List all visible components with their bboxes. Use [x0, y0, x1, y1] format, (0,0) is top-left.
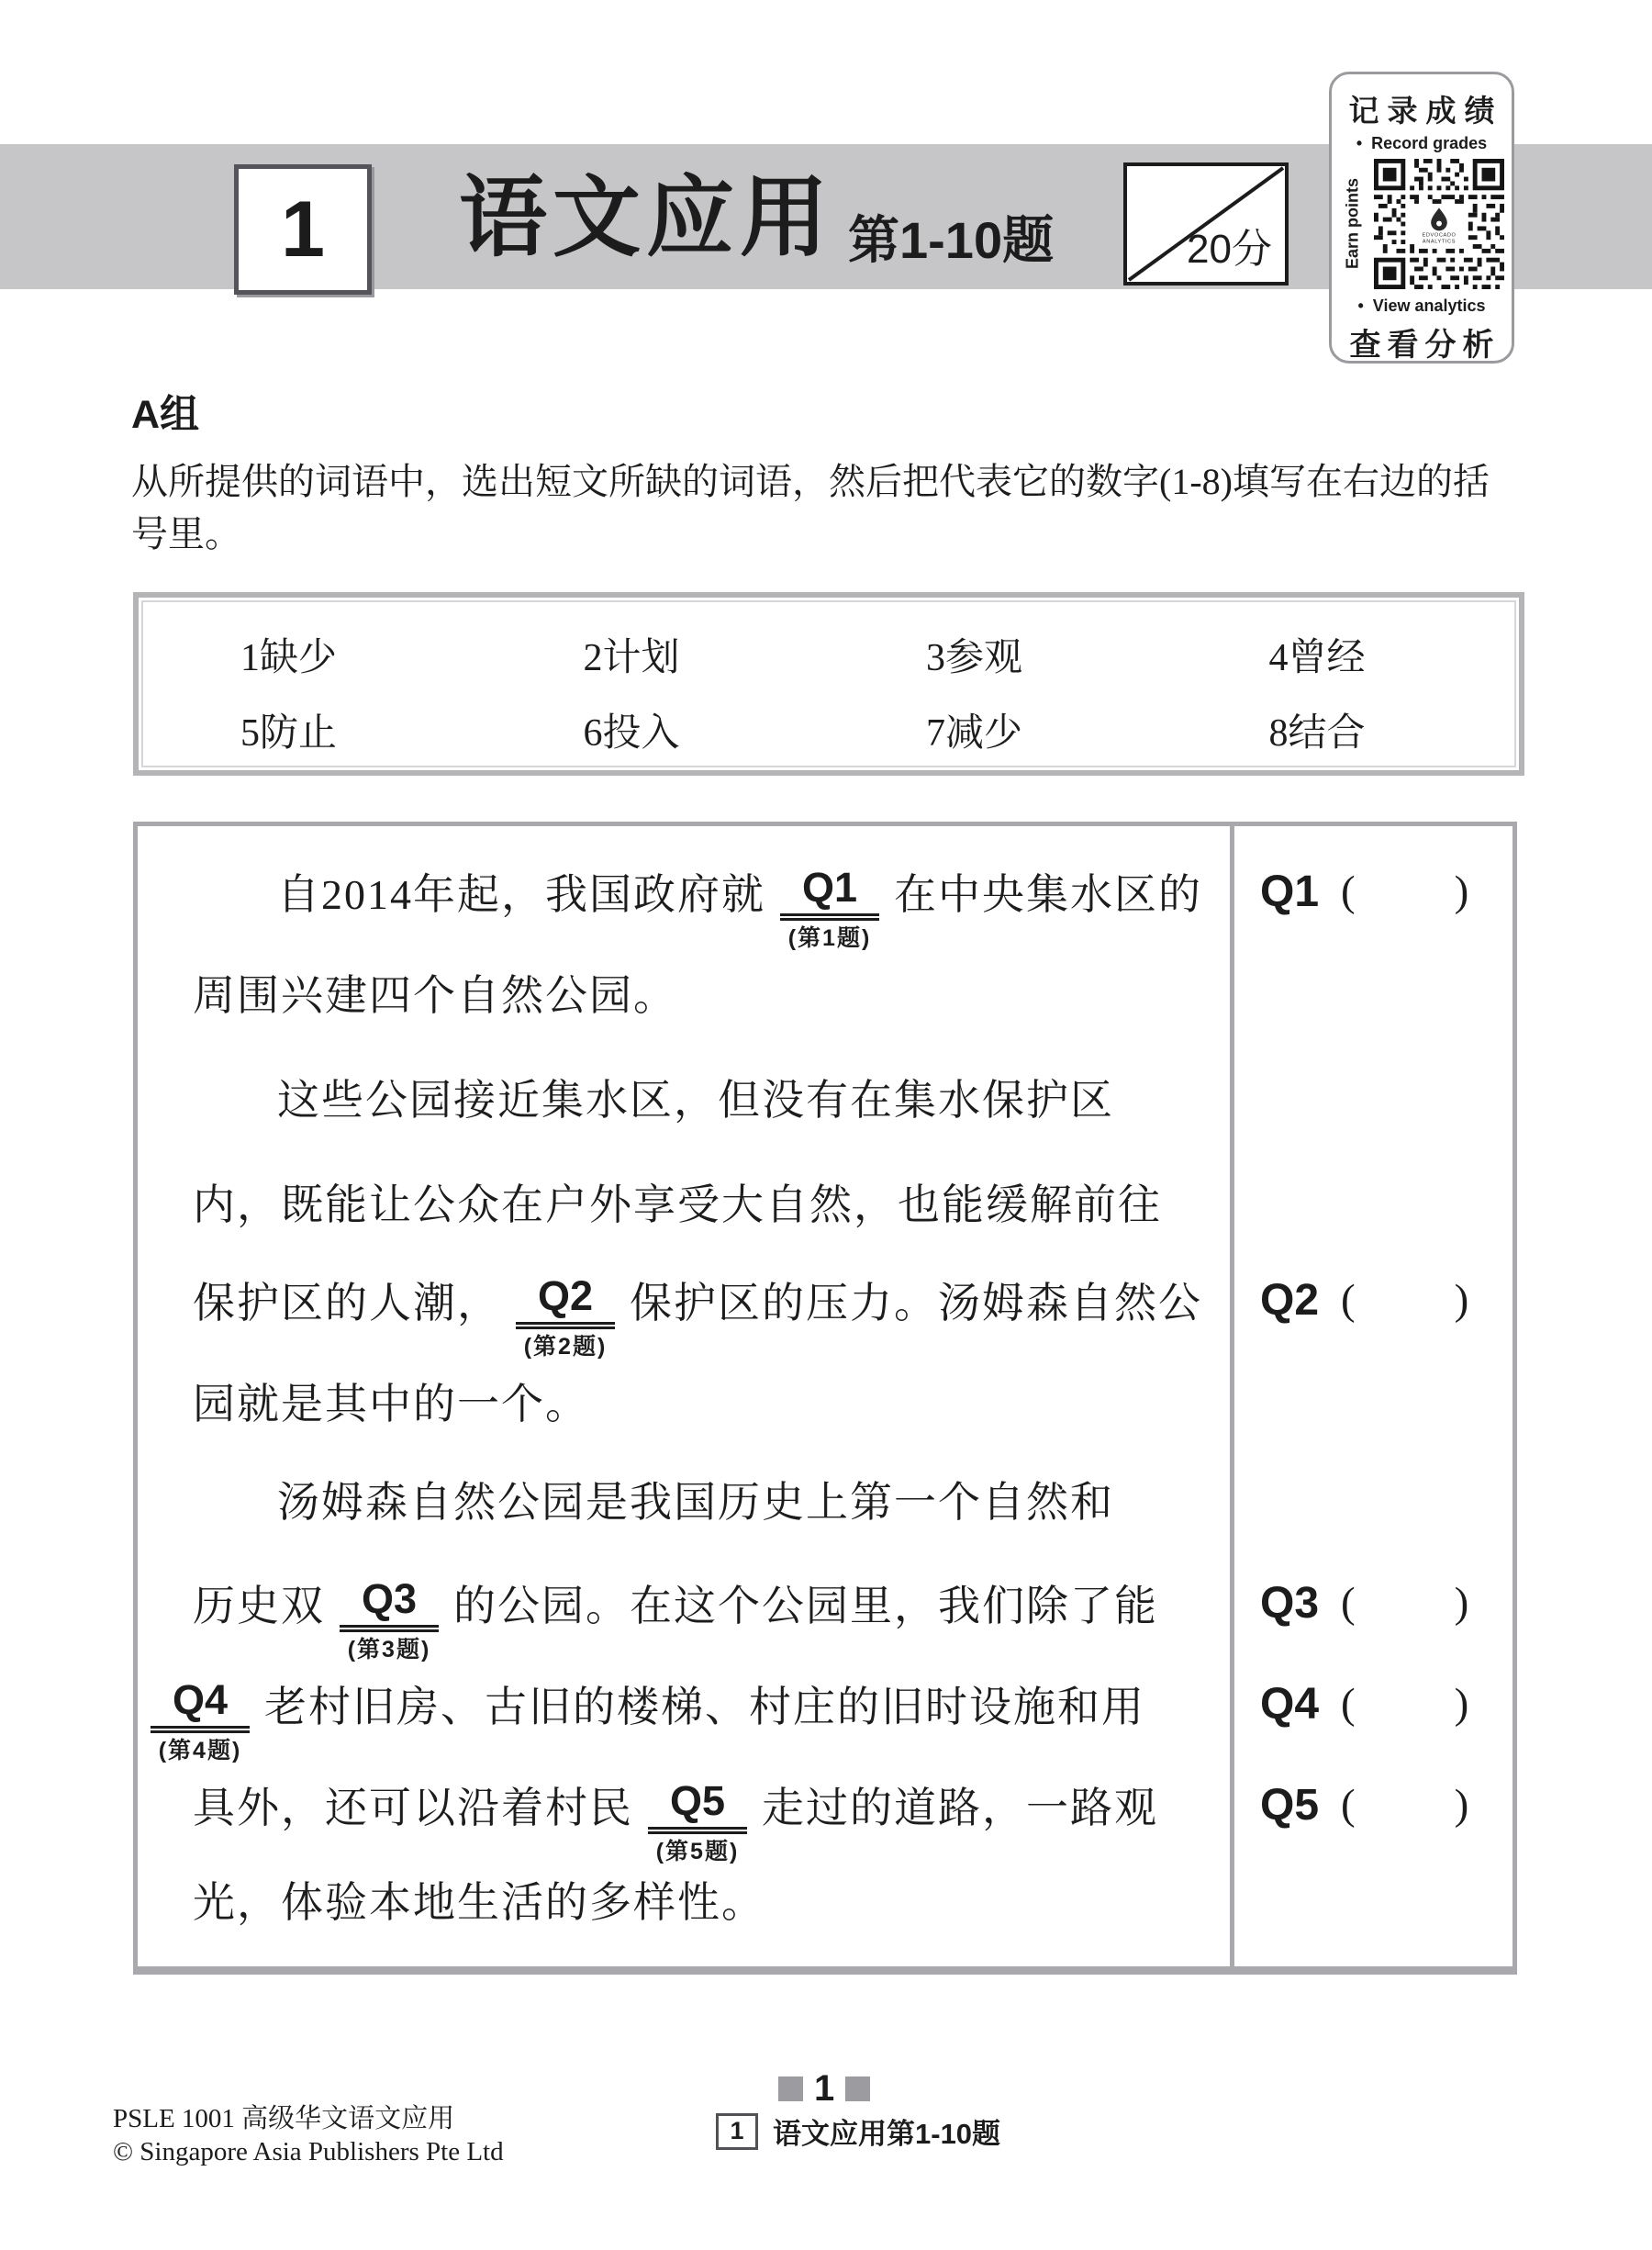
paren-close: )	[1455, 1780, 1469, 1830]
word-bank-row-1: 1缺少 2计划 3参观 4曾经	[143, 617, 1514, 692]
word-option-1: 1缺少	[143, 627, 486, 682]
section-heading: A组	[131, 384, 199, 440]
word-option-5: 5防止	[143, 702, 486, 757]
blank-label: Q4	[151, 1676, 250, 1733]
score-label: 20分	[1187, 216, 1272, 274]
passage-text-cell: 自2014年起，我国政府就 Q1 (第1题) 在中央集水区的 周围兴建四个自然公…	[138, 826, 1225, 1966]
question-range: 第1-10题	[848, 213, 1054, 268]
worksheet-page: 1 语文应用 第1-10题 20分 记录成绩 • Record grades E…	[0, 0, 1652, 2250]
answer-row-q5: Q5 ( )	[1260, 1777, 1468, 1832]
word-option-7: 7减少	[829, 702, 1172, 757]
word-option-6: 6投入	[486, 702, 830, 757]
qr-logo-text-1: EDVOCADO	[1423, 233, 1457, 239]
word-option-2: 2计划	[486, 627, 830, 682]
paren-open: (	[1341, 867, 1356, 916]
passage-line: 光，体验本地生活的多样性。	[193, 1849, 1218, 1950]
blank-label: Q5	[648, 1777, 747, 1834]
qr-earn-points-label: Earn points	[1344, 155, 1363, 293]
qr-record-grades-cn: 记录成绩	[1332, 87, 1512, 130]
blank-q3: Q3 (第3题)	[340, 1574, 439, 1632]
passage-line: Q4 (第4题) 老村旧房、古旧的楼梯、村庄的旧时设施和用	[193, 1653, 1218, 1754]
passage-line: 内，既能让公众在户外享受大自然，也能缓解前往	[193, 1151, 1218, 1252]
blank-label: Q2	[516, 1272, 615, 1329]
passage-line: 历史双 Q3 (第3题) 的公园。在这个公园里，我们除了能	[193, 1552, 1218, 1653]
footer-imprint: PSLE 1001 高级华文语文应用 © Singapore Asia Publ…	[113, 2102, 504, 2168]
paren-open: (	[1341, 1780, 1356, 1830]
answer-row-q3: Q3 ( )	[1260, 1575, 1468, 1630]
passage-line: 具外，还可以沿着村民 Q5 (第5题) 走过的道路，一路观	[193, 1754, 1218, 1855]
qr-logo-text-2: ANALYTICS	[1423, 240, 1456, 245]
word-bank-inner: 1缺少 2计划 3参观 4曾经 5防止 6投入 7减少 8结合	[141, 600, 1516, 767]
copyright-line: © Singapore Asia Publishers Pte Ltd	[113, 2135, 504, 2168]
book-title: PSLE 1001 高级华文语文应用	[113, 2102, 504, 2135]
chapter-label: 语文应用第1-10题	[773, 2110, 1000, 2152]
answer-label: Q4	[1260, 1679, 1341, 1729]
passage-box: 自2014年起，我国政府就 Q1 (第1题) 在中央集水区的 周围兴建四个自然公…	[133, 822, 1517, 1975]
page-number: 1	[814, 2076, 834, 2101]
paren-close: )	[1455, 867, 1469, 916]
word-bank-box: 1缺少 2计划 3参观 4曾经 5防止 6投入 7减少 8结合	[133, 592, 1524, 776]
blank-q2: Q2 (第2题)	[516, 1271, 615, 1329]
page-marker-square-left	[778, 2076, 803, 2101]
answer-label: Q2	[1260, 1275, 1341, 1326]
instruction-line-2: 号里。	[131, 508, 1526, 560]
passage-line: 汤姆森自然公园是我国历史上第一个自然和	[193, 1449, 1218, 1550]
footer-chapter-ref: 1 语文应用第1-10题	[716, 2110, 1000, 2152]
answer-row-q4: Q4 ( )	[1260, 1676, 1468, 1731]
qr-record-grades-en: • Record grades	[1332, 134, 1512, 153]
qr-view-analytics-en: • View analytics	[1332, 297, 1512, 316]
word-option-8: 8结合	[1172, 702, 1515, 757]
answer-row-q2: Q2 ( )	[1260, 1272, 1468, 1327]
paren-open: (	[1341, 1679, 1356, 1729]
blank-label: Q1	[780, 864, 879, 921]
instruction-line-1: 从所提供的词语中，选出短文所缺的词语，然后把代表它的数字(1-8)填写在右边的括	[131, 455, 1526, 508]
paren-close: )	[1455, 1275, 1469, 1325]
passage-line: 周围兴建四个自然公园。	[193, 942, 1218, 1043]
passage-line: 保护区的人潮， Q2 (第2题) 保护区的压力。汤姆森自然公	[193, 1249, 1218, 1350]
page-number-marker: 1	[778, 2076, 870, 2101]
word-option-4: 4曾经	[1172, 627, 1515, 682]
paren-open: (	[1341, 1578, 1356, 1628]
qr-middle: Earn points	[1332, 155, 1512, 293]
unit-number-box: 1	[234, 164, 372, 295]
qr-code-icon: EDVOCADO ANALYTICS	[1374, 159, 1504, 289]
page-title: 语文应用	[459, 171, 833, 266]
score-box: 20分	[1123, 162, 1289, 285]
chapter-number-box: 1	[716, 2113, 758, 2150]
blank-q4: Q4 (第4题)	[151, 1675, 250, 1733]
answer-column: Q1 ( ) Q2 ( ) Q3 ( ) Q4 ( )	[1230, 826, 1512, 1966]
passage-line: 自2014年起，我国政府就 Q1 (第1题) 在中央集水区的	[193, 841, 1218, 942]
word-bank-row-2: 5防止 6投入 7减少 8结合	[143, 692, 1514, 767]
blank-q5: Q5 (第5题)	[648, 1776, 747, 1834]
qr-panel: 记录成绩 • Record grades Earn points	[1329, 72, 1514, 364]
page-marker-square-right	[845, 2076, 870, 2101]
instructions: 从所提供的词语中，选出短文所缺的词语，然后把代表它的数字(1-8)填写在右边的括…	[131, 455, 1526, 560]
answer-row-q1: Q1 ( )	[1260, 864, 1468, 919]
blank-label: Q3	[340, 1575, 439, 1632]
paren-close: )	[1455, 1578, 1469, 1628]
passage-line: 这些公园接近集水区，但没有在集水保护区	[193, 1047, 1218, 1147]
word-option-3: 3参观	[829, 627, 1172, 682]
blank-q1: Q1 (第1题)	[780, 863, 879, 921]
passage-line: 园就是其中的一个。	[193, 1350, 1218, 1451]
unit-number: 1	[281, 190, 325, 269]
paren-close: )	[1455, 1679, 1469, 1729]
paren-open: (	[1341, 1275, 1356, 1325]
answer-label: Q3	[1260, 1578, 1341, 1629]
qr-view-analytics-cn: 查看分析	[1332, 319, 1512, 364]
answer-label: Q1	[1260, 867, 1341, 917]
answer-label: Q5	[1260, 1780, 1341, 1830]
